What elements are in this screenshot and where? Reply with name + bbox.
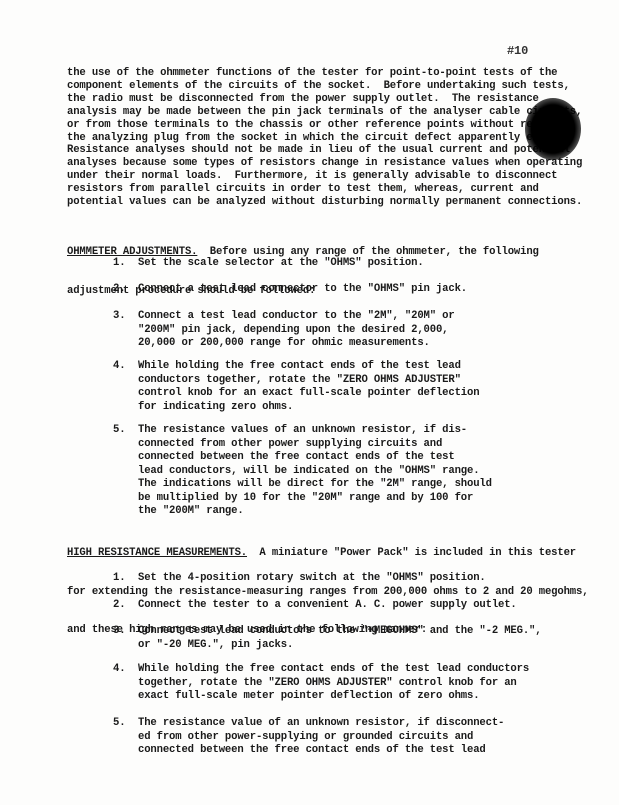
paragraph-line: under their normal loads. Furthermore, i… <box>67 170 587 183</box>
step-text: Set the scale selector at the "OHMS" pos… <box>138 257 424 271</box>
paragraph-line: analyses because some types of resistors… <box>67 157 587 170</box>
paragraph-line: or from those terminals to the chassis o… <box>67 119 587 132</box>
step-number: 3. <box>113 310 125 324</box>
page-number: #10 <box>507 44 528 58</box>
step-text: While holding the free contact ends of t… <box>138 663 529 704</box>
paragraph-line: the use of the ohmmeter functions of the… <box>67 67 587 80</box>
paragraph-line: analysis may be made between the pin jac… <box>67 106 587 119</box>
paragraph-line: resistors from parallel circuits in orde… <box>67 183 587 196</box>
step-text: Connect test lead conductors to the "+ME… <box>138 625 541 652</box>
ohmmeter-section-intro: OHMMETER ADJUSTMENTS. Before using any r… <box>67 220 587 323</box>
step-number: 5. <box>113 717 125 731</box>
step-number: 3. <box>113 625 125 639</box>
paragraph-line: potential values can be analyzed without… <box>67 196 587 209</box>
step-number: 1. <box>113 572 125 586</box>
step-number: 4. <box>113 360 125 374</box>
step-number: 2. <box>113 599 125 613</box>
step-text: The resistance value of an unknown resis… <box>138 717 504 758</box>
ink-blot <box>525 98 581 160</box>
paragraph-line: Resistance analyses should not be made i… <box>67 144 587 157</box>
high-resistance-heading: HIGH RESISTANCE MEASUREMENTS. <box>67 547 247 559</box>
high-resistance-intro-line: for extending the resistance-measuring r… <box>67 586 587 599</box>
document-page: #10 the use of the ohmmeter functions of… <box>0 0 619 805</box>
paragraph-line: the radio must be disconnected from the … <box>67 93 587 106</box>
step-number: 2. <box>113 283 125 297</box>
step-text: Connect the tester to a convenient A. C.… <box>138 599 517 613</box>
step-number: 1. <box>113 257 125 271</box>
ohmmeter-heading: OHMMETER ADJUSTMENTS. <box>67 246 197 258</box>
step-text: Connect a test lead conductor to the "2M… <box>138 310 455 351</box>
paragraph-line: the analyzing plug from the socket in wh… <box>67 132 587 145</box>
step-number: 5. <box>113 424 125 438</box>
step-text: The resistance values of an unknown resi… <box>138 424 492 519</box>
step-text: Set the 4-position rotary switch at the … <box>138 572 486 586</box>
paragraph-line: component elements of the circuits of th… <box>67 80 587 93</box>
step-number: 4. <box>113 663 125 677</box>
intro-paragraph: the use of the ohmmeter functions of the… <box>67 67 587 209</box>
step-text: While holding the free contact ends of t… <box>138 360 479 414</box>
step-text: Connect a test lead connector to the "OH… <box>138 283 467 297</box>
